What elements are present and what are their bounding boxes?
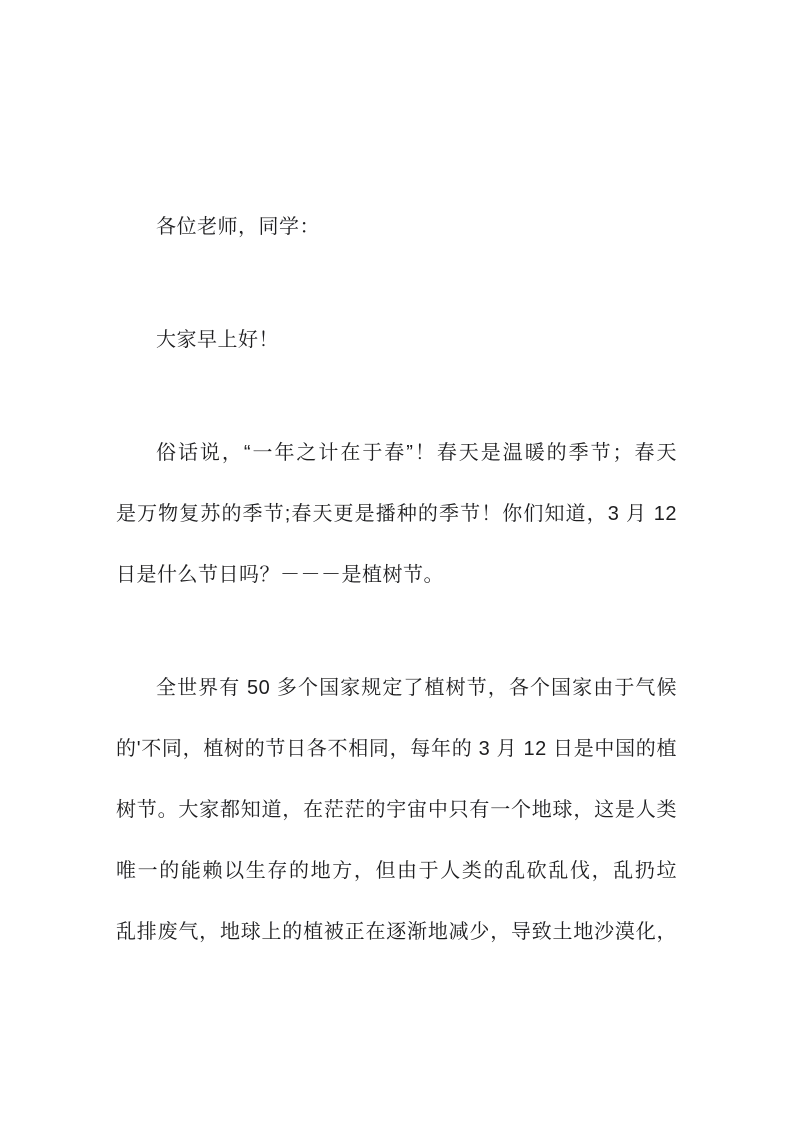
paragraph-salutation: 各位老师，同学： bbox=[116, 197, 677, 258]
document-content: 各位老师，同学： 大家早上好！ 俗话说，“一年之计在于春”！春天是温暖的季节；春… bbox=[0, 0, 793, 963]
text-line: 俗话说，“一年之计在于春”！春天是温暖的季节；春天 bbox=[116, 423, 677, 484]
paragraph-body: 全世界有 50 多个国家规定了植树节，各个国家由于气候 的'不同，植树的节日各不… bbox=[116, 658, 677, 963]
text-line: 全世界有 50 多个国家规定了植树节，各个国家由于气候 bbox=[116, 658, 677, 719]
paragraph-intro: 俗话说，“一年之计在于春”！春天是温暖的季节；春天 是万物复苏的季节;春天更是播… bbox=[116, 423, 677, 606]
text-line: 树节。大家都知道，在茫茫的宇宙中只有一个地球，这是人类 bbox=[116, 780, 677, 841]
text-line: 大家早上好！ bbox=[116, 310, 677, 371]
paragraph-greeting: 大家早上好！ bbox=[116, 310, 677, 371]
text-line: 乱排废气，地球上的植被正在逐渐地减少，导致土地沙漠化， bbox=[116, 902, 677, 963]
text-line: 是万物复苏的季节;春天更是播种的季节！你们知道，3 月 12 bbox=[116, 484, 677, 545]
text-line: 日是什么节日吗？－－－是植树节。 bbox=[116, 545, 677, 606]
text-line: 唯一的能赖以生存的地方，但由于人类的乱砍乱伐，乱扔垃圾， bbox=[116, 841, 677, 902]
text-line: 各位老师，同学： bbox=[116, 197, 677, 258]
document-page: 各位老师，同学： 大家早上好！ 俗话说，“一年之计在于春”！春天是温暖的季节；春… bbox=[0, 0, 793, 1122]
text-line: 的'不同，植树的节日各不相同，每年的 3 月 12 日是中国的植 bbox=[116, 719, 677, 780]
